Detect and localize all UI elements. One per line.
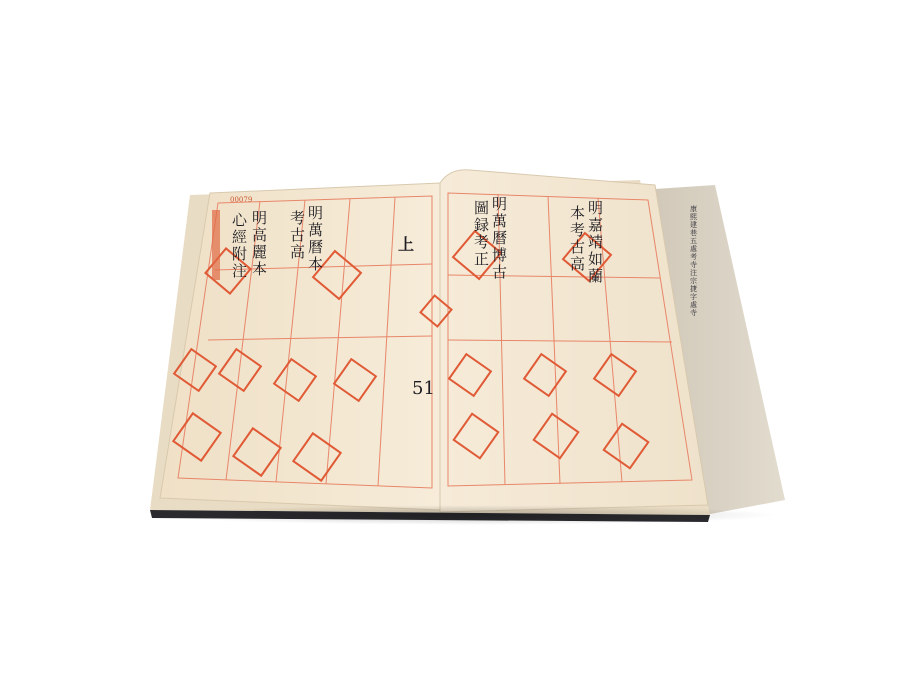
entry-right-2-subtitle: 圖録考正 xyxy=(474,200,490,268)
entry-right-2-title: 明萬曆博古 xyxy=(492,196,508,281)
header-number: 00079 xyxy=(230,196,252,204)
book-photo: 00079 明萬曆本 考古高 明高麗本 心經附注 上 51 明嘉靖如蘭 本考古高… xyxy=(0,0,900,675)
entry-left-2-title: 明高麗本 xyxy=(252,210,268,278)
box-number: 51 xyxy=(412,378,435,399)
entry-left-2-subtitle: 心經附注 xyxy=(232,212,248,280)
entry-left-1-title: 明萬曆本 xyxy=(308,205,324,273)
stamp-top-char: 上 xyxy=(398,232,414,255)
spine-inscription: 康熙建巷五處考寺注宗捷字處寺 xyxy=(690,205,698,317)
entry-right-1-title: 明嘉靖如蘭 xyxy=(588,200,604,285)
margin-stamp xyxy=(212,210,220,280)
entry-left-1-subtitle: 考古高 xyxy=(290,210,306,261)
book-shadow xyxy=(160,505,780,525)
open-ledger-book xyxy=(0,0,900,675)
entry-right-1-subtitle: 本考古高 xyxy=(570,205,586,273)
